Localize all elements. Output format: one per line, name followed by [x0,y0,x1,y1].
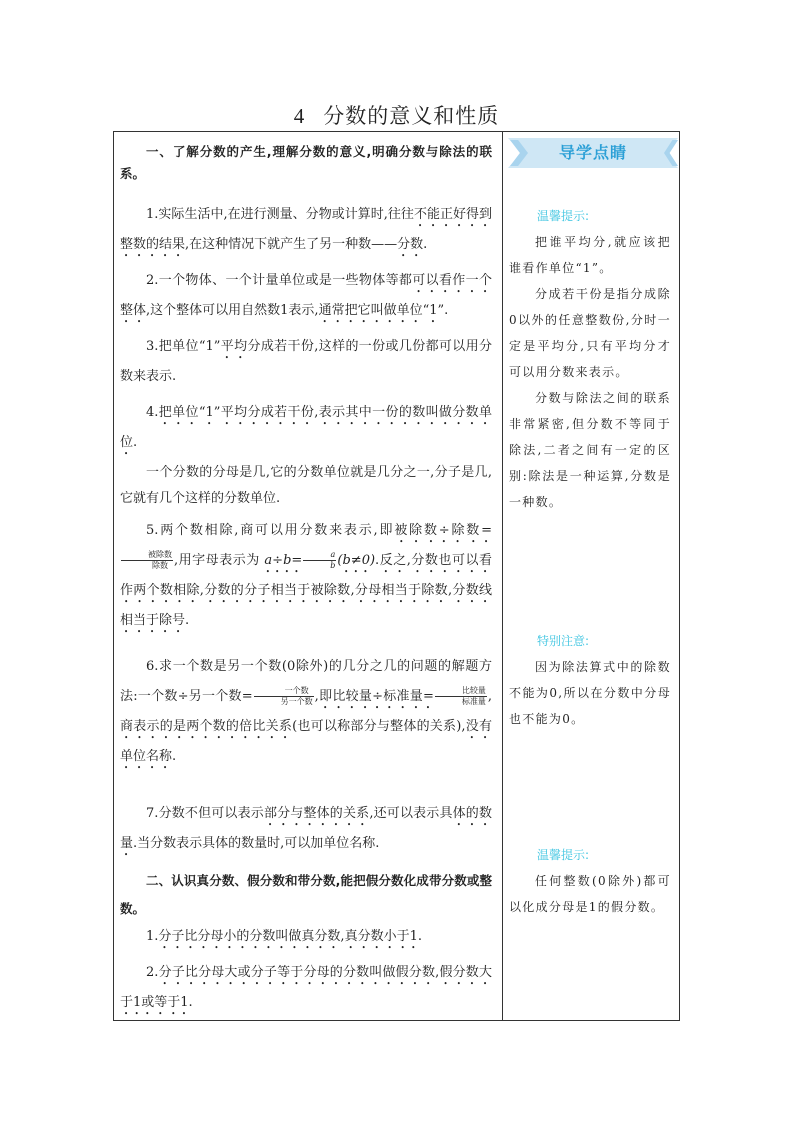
fraction-dividend-over-divisor: 被除数除数 [121,550,173,571]
section2-item-2: 2.分子比分母大或分子等于分母的分数叫做假分数,假分数大于1或等于1. [120,958,492,1018]
item-3: 3.把单位“1”平均分成若干份,这样的一份或几份都可以用分数来表示. [120,332,492,392]
tip1-title: 温馨提示: [537,207,589,224]
fraction-compare-over-standard: 比较量标准量 [435,686,487,707]
tip2-title: 特别注意: [537,632,589,649]
fraction-a-over-b: ab [303,550,336,571]
section2-item-1: 1.分子比分母小的分数叫做真分数,真分数小于1. [120,922,492,952]
tip2-paragraph: 因为除法算式中的除数不能为0,所以在分数中分母也不能为0。 [509,654,671,732]
section2-heading: 二、认识真分数、假分数和带分数,能把假分数化成带分数或整数。 [120,867,492,923]
content-table: 一、了解分数的产生,理解分数的意义,明确分数与除法的联系。 1.实际生活中,在进… [113,131,680,1021]
item-1: 1.实际生活中,在进行测量、分物或计算时,往往不能正好得到整数的结果,在这种情况… [120,200,492,260]
chapter-title: 分数的意义和性质 [323,104,499,128]
item-6: 6.求一个数是另一个数(0除外)的几分之几的问题的解题方法:一个数÷另一个数=一… [120,652,492,772]
tip1-paragraph-1: 把谁平均分,就应该把谁看作单位“1”。 [509,229,671,281]
tip3-title: 温馨提示: [537,846,589,863]
tip1-paragraph-3: 分数与除法之间的联系非常紧密,但分数不等同于除法,二者之间有一定的区别:除法是一… [509,385,671,515]
guide-banner: 导学点睛 [508,138,678,168]
item-7: 7.分数不但可以表示部分与整体的关系,还可以表示具体的数量.当分数表示具体的数量… [120,799,492,859]
page-title: 4分数的意义和性质 [0,100,793,130]
tip3-paragraph: 任何整数(0除外)都可以化成分母是1的假分数。 [509,868,671,920]
item-5: 5.两个数相除,商可以用分数来表示,即被除数÷除数=被除数除数,用字母表示为 a… [120,516,492,636]
column-divider [502,132,503,1020]
tip1-paragraph-2: 分成若干份是指分成除0以外的任意整数份,分时一定是平均分,只有平均分才可以用分数… [509,281,671,385]
item-4: 4.把单位“1”平均分成若干份,表示其中一份的数叫做分数单位. [120,398,492,458]
chapter-number: 4 [294,104,306,128]
section1-heading: 一、了解分数的产生,理解分数的意义,明确分数与除法的联系。 [120,141,492,185]
item-2: 2.一个物体、一个计量单位或是一些物体等都可以看作一个整体,这个整体可以用自然数… [120,266,492,326]
fraction-one-number-over-another: 一个数另一个数 [254,686,314,707]
item-4-note: 一个分数的分母是几,它的分数单位就是几分之一,分子是几,它就有几个这样的分数单位… [120,460,492,512]
banner-title: 导学点睛 [508,138,678,168]
